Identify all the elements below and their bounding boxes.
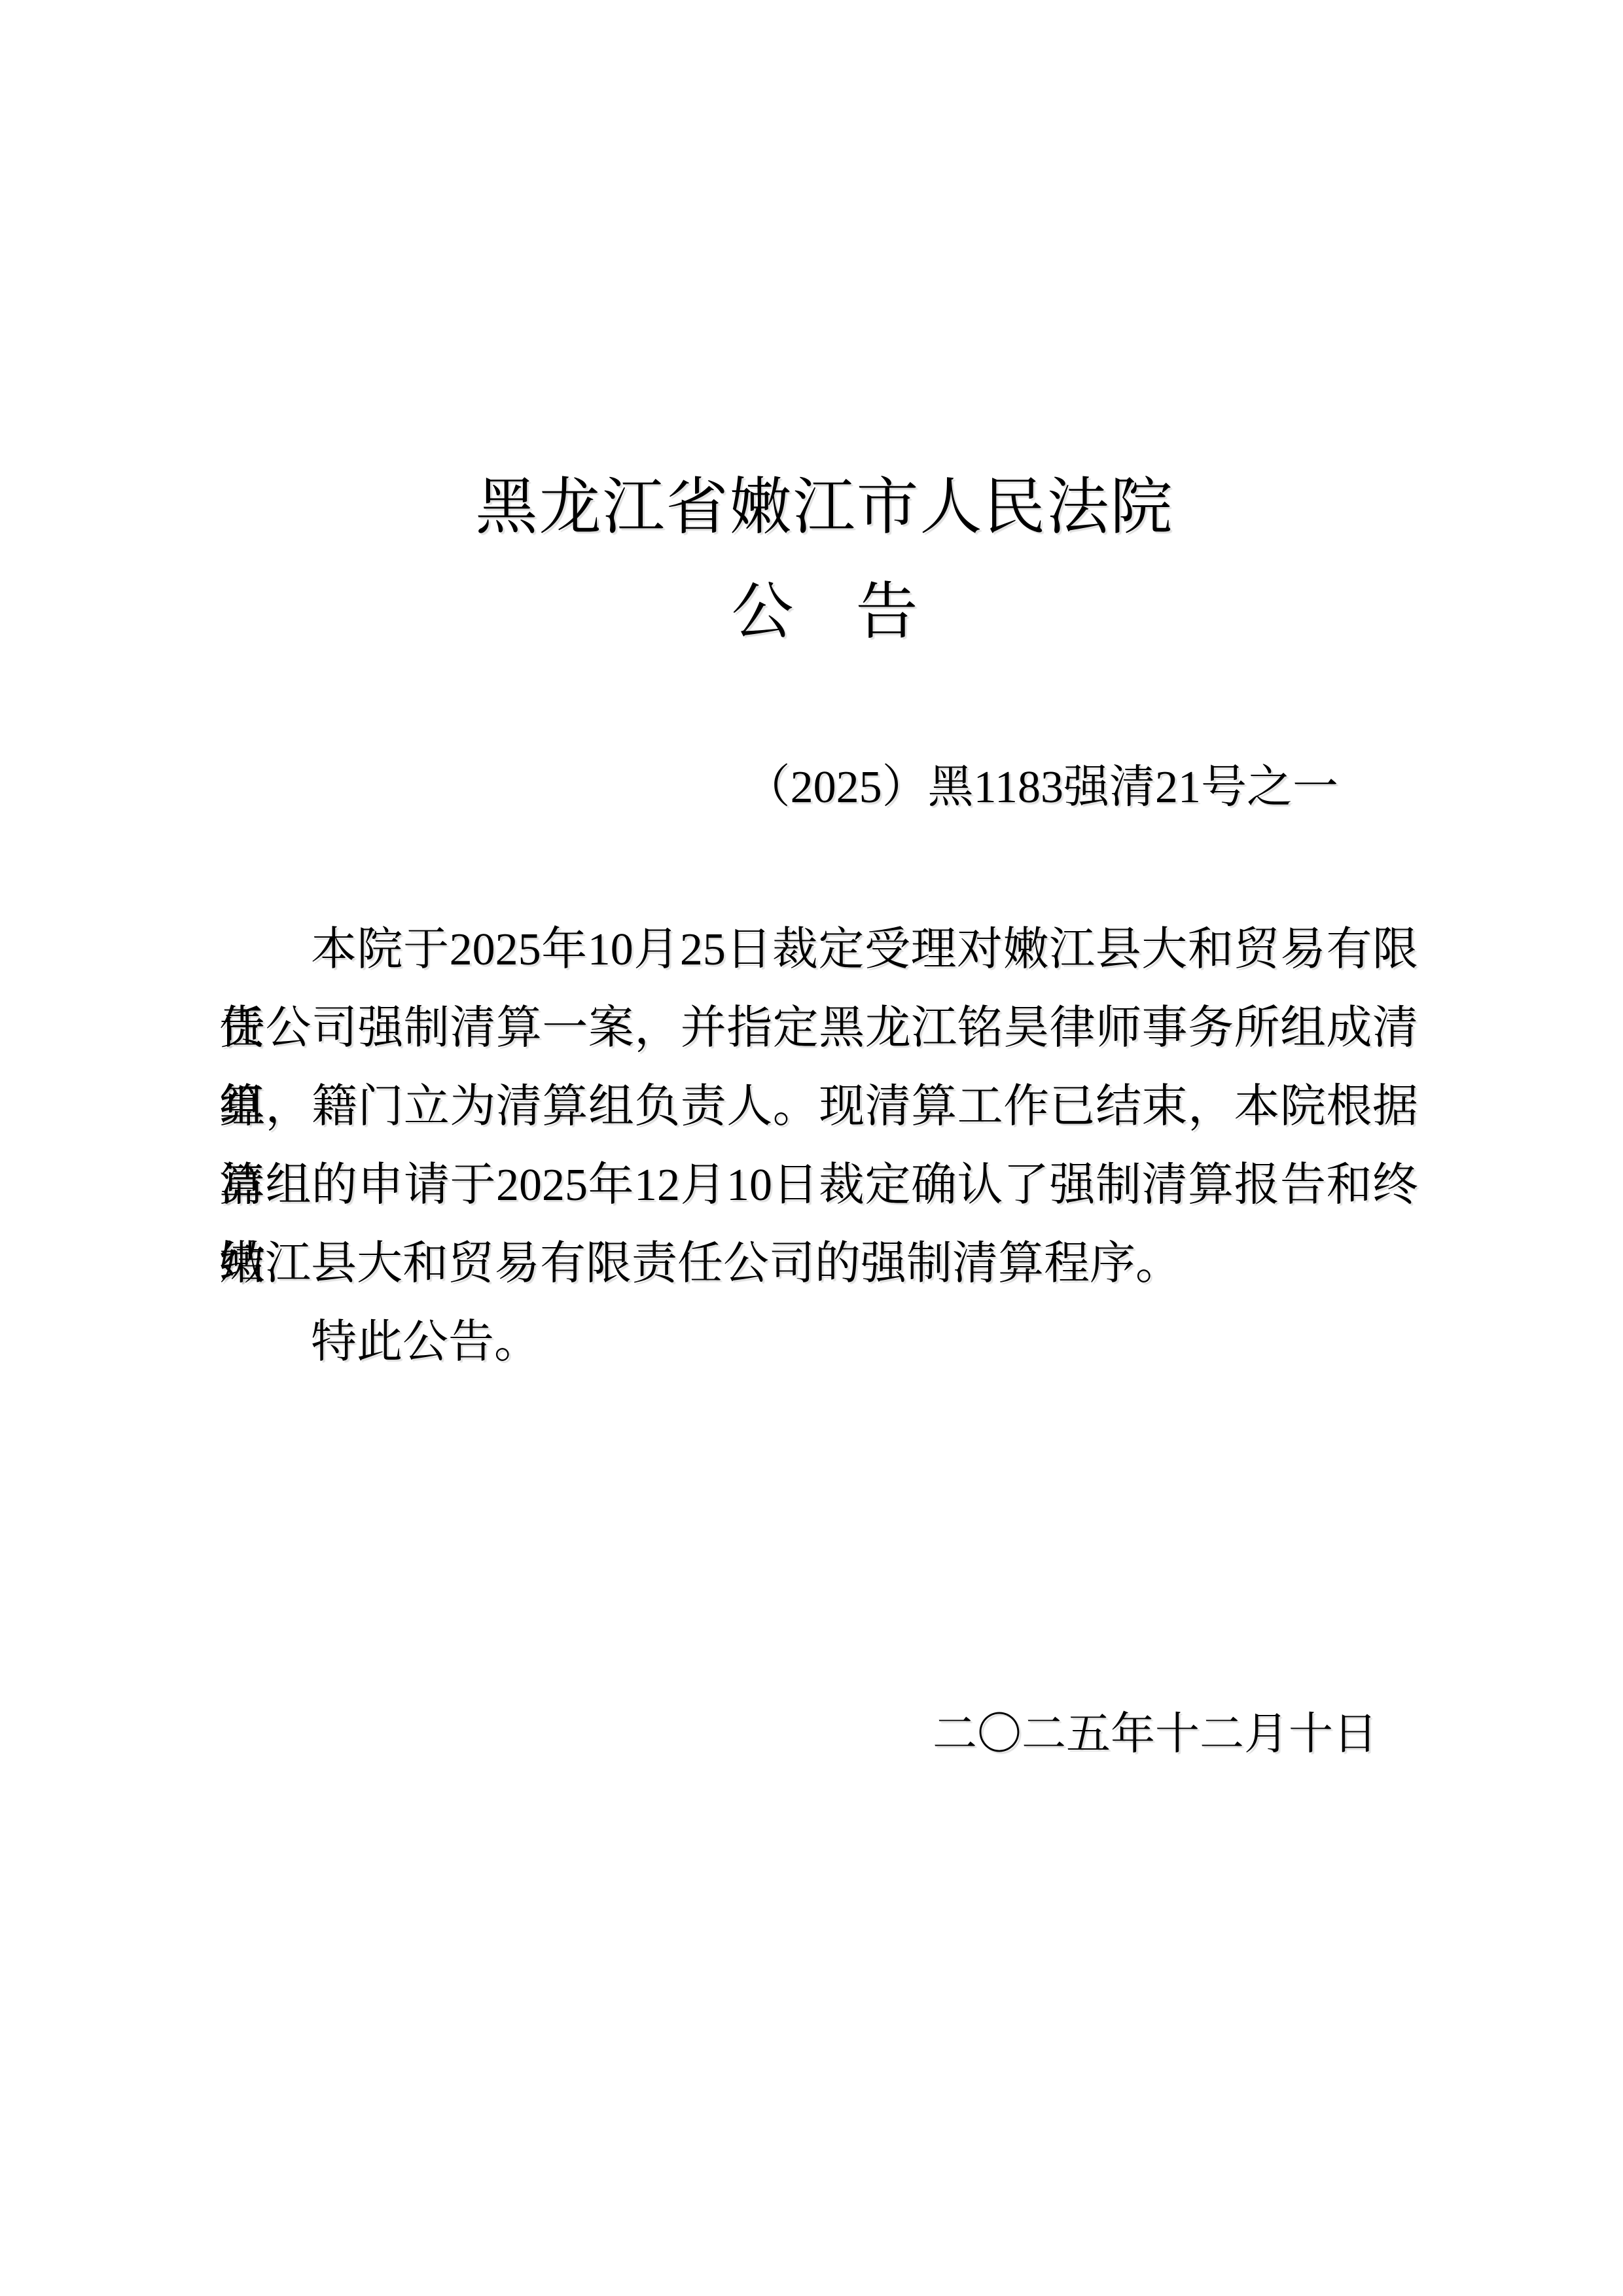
case-number: （2025）黑1183强清21号之一 [219,749,1418,827]
body-line: 组，籍门立为清算组负责人。现清算工作已结束，本院根据清 [219,1068,1418,1146]
court-name-title: 黑龙江省嫩江市人民法院 [26,461,1623,553]
announcement-title: 公 告 [26,566,1623,658]
body-line: 任公司强制清算一案，并指定黑龙江铭昊律师事务所组成清算 [219,989,1418,1068]
body-line: 本院于2025年10月25日裁定受理对嫩江县大和贸易有限责 [219,911,1418,989]
body-line: 嫩江县大和贸易有限责任公司的强制清算程序。 [219,1225,1418,1303]
announcement-page: 黑龙江省嫩江市人民法院 公 告 （2025）黑1183强清21号之一 本院于20… [0,0,1623,2296]
body-line: 算组的申请于2025年12月10日裁定确认了强制清算报告和终结 [219,1146,1418,1225]
closing-line: 特此公告。 [219,1303,1418,1382]
body-paragraph: 本院于2025年10月25日裁定受理对嫩江县大和贸易有限责 任公司强制清算一案，… [219,911,1418,1382]
date-line: 二〇二五年十二月十日 [219,1695,1418,1773]
